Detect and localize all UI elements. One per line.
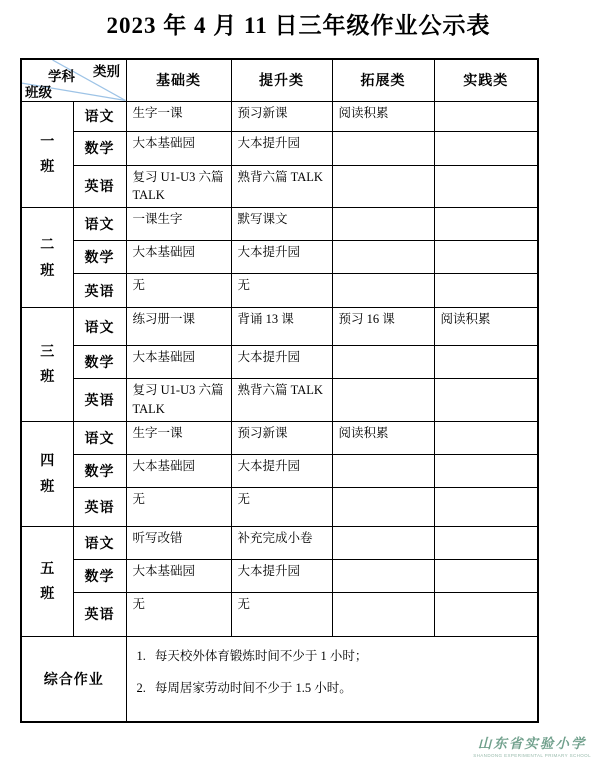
subject-cell: 语文 — [73, 308, 126, 346]
corner-label-class: 班级 — [25, 86, 52, 100]
homework-cell — [332, 526, 434, 559]
subject-cell: 语文 — [73, 101, 126, 131]
class-row: 英语 复习 U1-U3 六篇 TALK 熟背六篇 TALK — [21, 379, 538, 422]
homework-announcement-page: 2023 年 4 月 11 日三年级作业公示表 学科 类别 班级 基础类 提升类… — [0, 0, 597, 765]
homework-cell: 大本提升园 — [231, 241, 332, 274]
homework-cell: 大本基础园 — [126, 454, 231, 487]
homework-cell: 大本提升园 — [231, 454, 332, 487]
class-row: 五班 语文 听写改错 补充完成小卷 — [21, 526, 538, 559]
homework-cell: 大本提升园 — [231, 559, 332, 592]
homework-cell: 阅读积累 — [434, 308, 538, 346]
homework-cell — [434, 165, 538, 208]
class-row: 英语 复习 U1-U3 六篇 TALK 熟背六篇 TALK — [21, 165, 538, 208]
page-title: 2023 年 4 月 11 日三年级作业公示表 — [0, 7, 597, 40]
footer-label: 综合作业 — [21, 636, 126, 722]
homework-cell: 练习册一课 — [126, 308, 231, 346]
class-name-cell: 一班 — [21, 101, 73, 208]
homework-cell: 背诵 13 课 — [231, 308, 332, 346]
class-row: 四班 语文 生字一课 预习新课 阅读积累 — [21, 421, 538, 454]
homework-cell — [434, 208, 538, 241]
homework-cell: 大本提升园 — [231, 346, 332, 379]
footer-notes: 1.每天校外体育锻炼时间不少于 1 小时； 2.每周居家劳动时间不少于 1.5 … — [126, 636, 538, 722]
homework-cell — [332, 346, 434, 379]
class-row: 数学 大本基础园 大本提升园 — [21, 454, 538, 487]
homework-cell: 无 — [231, 274, 332, 308]
footer-row: 综合作业 1.每天校外体育锻炼时间不少于 1 小时； 2.每周居家劳动时间不少于… — [21, 636, 538, 722]
note-text: 每周居家劳动时间不少于 1.5 小时。 — [155, 681, 352, 695]
homework-cell: 大本基础园 — [126, 346, 231, 379]
homework-cell — [434, 101, 538, 131]
class-row: 英语 无 无 — [21, 487, 538, 526]
homework-cell — [434, 131, 538, 165]
homework-cell: 复习 U1-U3 六篇 TALK — [126, 379, 231, 422]
class-row: 数学 大本基础园 大本提升园 — [21, 346, 538, 379]
homework-cell: 阅读积累 — [332, 101, 434, 131]
corner-label-subject: 学科 — [48, 70, 75, 84]
column-header-improve: 提升类 — [231, 59, 332, 101]
homework-cell — [434, 454, 538, 487]
subject-cell: 语文 — [73, 526, 126, 559]
homework-cell — [434, 559, 538, 592]
class-name-cell: 四班 — [21, 421, 73, 526]
subject-cell: 数学 — [73, 131, 126, 165]
subject-cell: 英语 — [73, 165, 126, 208]
class-name-cell: 五班 — [21, 526, 73, 636]
homework-cell — [332, 592, 434, 636]
subject-cell: 英语 — [73, 379, 126, 422]
homework-cell: 无 — [231, 592, 332, 636]
homework-cell — [434, 241, 538, 274]
corner-cell: 学科 类别 班级 — [21, 59, 126, 101]
header-row: 学科 类别 班级 基础类 提升类 拓展类 实践类 — [21, 59, 538, 101]
homework-cell: 复习 U1-U3 六篇 TALK — [126, 165, 231, 208]
homework-cell: 生字一课 — [126, 421, 231, 454]
class-row: 数学 大本基础园 大本提升园 — [21, 559, 538, 592]
note-text: 每天校外体育锻炼时间不少于 1 小时； — [155, 649, 368, 663]
note-number: 2. — [137, 680, 146, 698]
class-row: 三班 语文 练习册一课 背诵 13 课 预习 16 课 阅读积累 — [21, 308, 538, 346]
homework-cell: 大本基础园 — [126, 241, 231, 274]
homework-cell: 预习新课 — [231, 421, 332, 454]
note-number: 1. — [137, 648, 146, 666]
homework-cell — [332, 165, 434, 208]
subject-cell: 数学 — [73, 241, 126, 274]
homework-cell — [434, 592, 538, 636]
homework-cell — [332, 208, 434, 241]
homework-cell — [332, 487, 434, 526]
school-watermark: 山东省实验小学 SHANDONG EXPERIMENTAL PRIMARY SC… — [473, 737, 591, 758]
subject-cell: 语文 — [73, 208, 126, 241]
homework-cell — [434, 379, 538, 422]
homework-cell — [434, 346, 538, 379]
homework-cell: 生字一课 — [126, 101, 231, 131]
homework-cell — [332, 131, 434, 165]
note-item: 2.每周居家劳动时间不少于 1.5 小时。 — [137, 680, 528, 698]
homework-cell: 默写课文 — [231, 208, 332, 241]
homework-cell — [332, 274, 434, 308]
class-name-cell: 二班 — [21, 208, 73, 308]
homework-cell: 阅读积累 — [332, 421, 434, 454]
homework-cell: 预习 16 课 — [332, 308, 434, 346]
class-row: 数学 大本基础园 大本提升园 — [21, 131, 538, 165]
column-header-basic: 基础类 — [126, 59, 231, 101]
homework-cell: 一课生字 — [126, 208, 231, 241]
homework-cell: 大本基础园 — [126, 131, 231, 165]
subject-cell: 英语 — [73, 274, 126, 308]
class-row: 一班 语文 生字一课 预习新课 阅读积累 — [21, 101, 538, 131]
homework-cell: 大本基础园 — [126, 559, 231, 592]
column-header-practice: 实践类 — [434, 59, 538, 101]
homework-cell: 预习新课 — [231, 101, 332, 131]
homework-cell: 补充完成小卷 — [231, 526, 332, 559]
homework-cell: 无 — [231, 487, 332, 526]
homework-cell — [434, 487, 538, 526]
class-name-cell: 三班 — [21, 308, 73, 422]
class-row: 英语 无 无 — [21, 274, 538, 308]
subject-cell: 英语 — [73, 592, 126, 636]
class-row: 数学 大本基础园 大本提升园 — [21, 241, 538, 274]
class-row: 英语 无 无 — [21, 592, 538, 636]
homework-cell — [332, 241, 434, 274]
homework-cell — [434, 526, 538, 559]
homework-cell: 熟背六篇 TALK — [231, 165, 332, 208]
subject-cell: 数学 — [73, 346, 126, 379]
homework-cell — [332, 379, 434, 422]
class-row: 二班 语文 一课生字 默写课文 — [21, 208, 538, 241]
homework-table: 学科 类别 班级 基础类 提升类 拓展类 实践类 一班 语文 生字一课 预习新课… — [20, 58, 539, 723]
homework-cell: 无 — [126, 274, 231, 308]
subject-cell: 语文 — [73, 421, 126, 454]
homework-cell — [332, 454, 434, 487]
corner-label-category: 类别 — [93, 65, 120, 79]
watermark-school-name-cn: 山东省实验小学 — [473, 737, 591, 752]
homework-cell: 熟背六篇 TALK — [231, 379, 332, 422]
homework-cell — [332, 559, 434, 592]
homework-cell — [434, 421, 538, 454]
homework-cell: 无 — [126, 592, 231, 636]
homework-cell — [434, 274, 538, 308]
subject-cell: 数学 — [73, 454, 126, 487]
homework-cell: 大本提升园 — [231, 131, 332, 165]
subject-cell: 数学 — [73, 559, 126, 592]
watermark-school-name-en: SHANDONG EXPERIMENTAL PRIMARY SCHOOL — [473, 753, 591, 758]
homework-cell: 听写改错 — [126, 526, 231, 559]
note-item: 1.每天校外体育锻炼时间不少于 1 小时； — [137, 648, 528, 666]
homework-cell: 无 — [126, 487, 231, 526]
column-header-expand: 拓展类 — [332, 59, 434, 101]
subject-cell: 英语 — [73, 487, 126, 526]
